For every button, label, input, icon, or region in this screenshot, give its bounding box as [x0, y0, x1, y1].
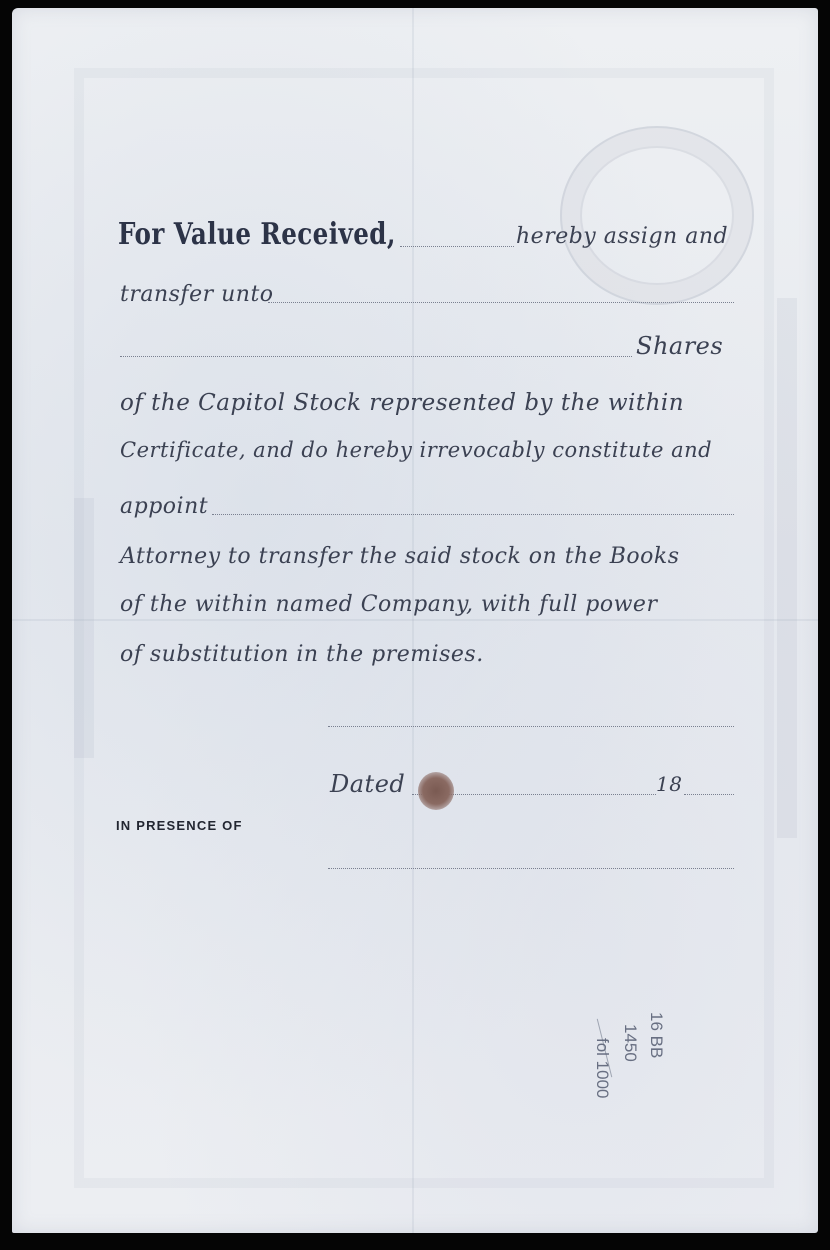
pencil-note-2: 1450 [620, 1024, 640, 1062]
dated-label: Dated [330, 770, 405, 798]
ink-stain [418, 772, 454, 810]
shares-field[interactable] [120, 338, 632, 357]
witness-label: IN PRESENCE OF [116, 818, 243, 833]
body-line-certificate: Certificate, and do hereby irrevocably c… [120, 438, 712, 462]
body-line-company: of the within named Company, with full p… [120, 592, 657, 617]
witness-field[interactable] [328, 850, 734, 869]
signature-field[interactable] [328, 708, 734, 727]
shares-text: Shares [636, 332, 723, 360]
body-line-substitution: of substitution in the premises. [120, 642, 484, 667]
appoint-text: appoint [120, 494, 208, 519]
year-field[interactable] [684, 776, 734, 795]
document-paper [12, 8, 818, 1233]
transfer-unto-text: transfer unto [120, 282, 274, 307]
year-prefix: 18 [656, 772, 682, 796]
fold-crease-horizontal [12, 619, 818, 621]
attorney-field[interactable] [212, 496, 734, 515]
body-line-capitol-stock: of the Capitol Stock represented by the … [120, 390, 684, 416]
assignor-field[interactable] [400, 228, 514, 247]
form-heading: For Value Received, [118, 217, 396, 252]
fold-crease-vertical [412, 8, 414, 1233]
pencil-note-1: 16 BB [646, 1012, 666, 1058]
bleed-through-strip-left [74, 498, 94, 758]
hereby-assign-text: hereby assign and [516, 224, 728, 249]
transferee-field[interactable] [268, 284, 734, 303]
bleed-through-strip-right [777, 298, 797, 838]
embossed-seal [560, 126, 754, 305]
body-line-attorney: Attorney to transfer the said stock on t… [120, 544, 680, 569]
